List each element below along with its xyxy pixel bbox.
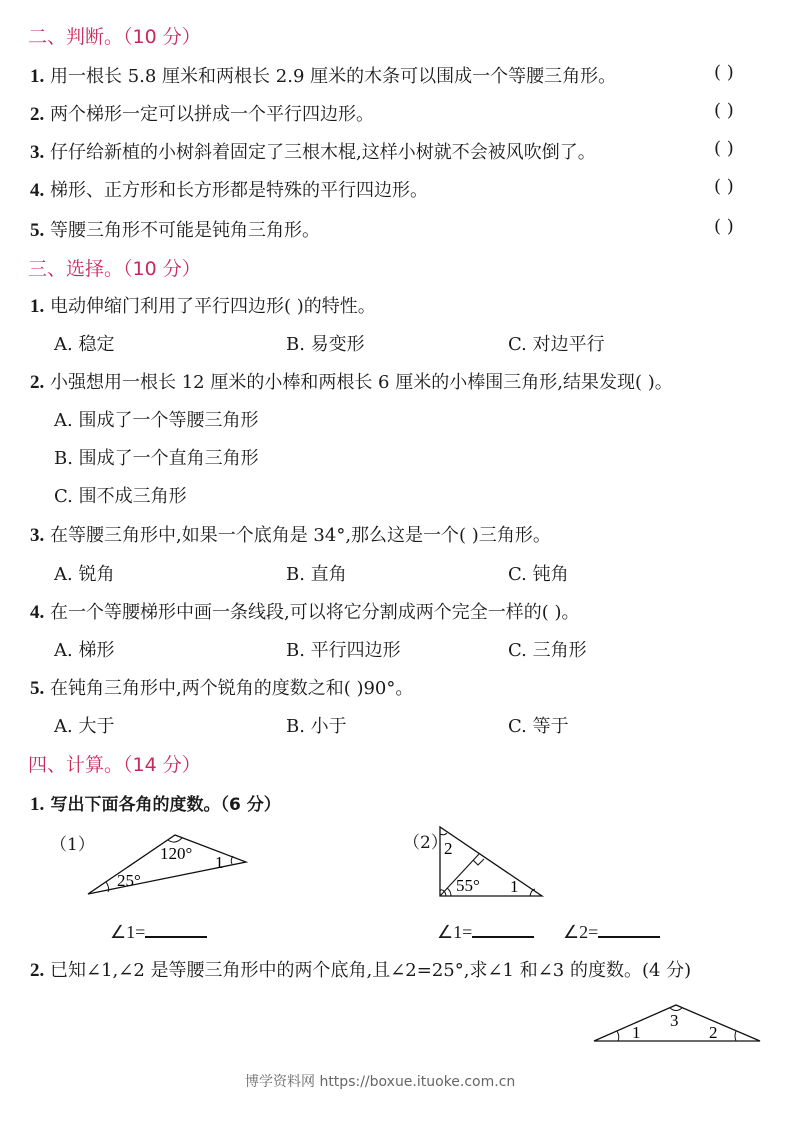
choice-1-option-b[interactable]: B. 易变形	[286, 330, 365, 356]
choice-1-option-c[interactable]: C. 对边平行	[508, 330, 605, 356]
choice-item-2: 2. 小强想用一根长 12 厘米的小棒和两根长 6 厘米的小棒围三角形,结果发现…	[30, 368, 673, 394]
figure-1-answer-blank[interactable]	[145, 918, 207, 938]
figure-3-triangle: 1 3 2	[590, 1000, 765, 1046]
figure-2-angle-bottom-left: 55°	[456, 876, 480, 895]
calc-item-1: 1. 写出下面各角的度数。（6 分）	[30, 790, 281, 816]
figure-2-answer-1-blank[interactable]	[472, 918, 534, 938]
choice-4-option-b[interactable]: B. 平行四边形	[286, 636, 401, 662]
figure-2-answer-1: ∠1=	[437, 918, 534, 943]
choice-5-option-b[interactable]: B. 小于	[286, 712, 347, 738]
choice-2-option-a[interactable]: A. 围成了一个等腰三角形	[54, 406, 258, 432]
figure-1-angle-right: 1	[215, 853, 224, 872]
choice-item-4: 4. 在一个等腰梯形中画一条线段,可以将它分割成两个完全一样的( )。	[30, 598, 579, 624]
choice-3-option-c[interactable]: C. 钝角	[508, 560, 569, 586]
figure-3-angle-left: 1	[632, 1023, 641, 1042]
choice-item-5: 5. 在钝角三角形中,两个锐角的度数之和( )90°。	[30, 674, 413, 700]
footer-watermark: 博学资料网 https://boxue.ituoke.com.cn	[245, 1071, 515, 1091]
judge-item-2: 2. 两个梯形一定可以拼成一个平行四边形。	[30, 100, 374, 126]
figure-1-triangle: 120° 25° 1	[80, 828, 260, 898]
choice-item-3: 3. 在等腰三角形中,如果一个底角是 34°,那么这是一个( )三角形。	[30, 521, 551, 547]
choice-5-option-c[interactable]: C. 等于	[508, 712, 569, 738]
section-title-choice: 三、选择。（10 分）	[28, 254, 201, 281]
figure-2-answer-2: ∠2=	[563, 918, 660, 943]
choice-5-option-a[interactable]: A. 大于	[54, 712, 114, 738]
figure-2-answer-2-blank[interactable]	[598, 918, 660, 938]
choice-4-option-c[interactable]: C. 三角形	[508, 636, 587, 662]
figure-1-angle-top: 120°	[160, 844, 192, 863]
section-title-judge: 二、判断。（10 分）	[28, 22, 201, 49]
judge-answer-3[interactable]: ( )	[714, 138, 734, 159]
choice-item-1: 1. 电动伸缩门利用了平行四边形( )的特性。	[30, 292, 376, 318]
choice-4-option-a[interactable]: A. 梯形	[54, 636, 114, 662]
choice-2-option-b[interactable]: B. 围成了一个直角三角形	[54, 444, 259, 470]
judge-item-4: 4. 梯形、正方形和长方形都是特殊的平行四边形。	[30, 176, 428, 202]
judge-item-5: 5. 等腰三角形不可能是钝角三角形。	[30, 216, 320, 242]
figure-2-angle-top: 2	[444, 839, 453, 858]
figure-3-angle-right: 2	[709, 1023, 718, 1042]
figure-3-angle-top: 3	[670, 1011, 679, 1030]
judge-item-1: 1. 用一根长 5.8 厘米和两根长 2.9 厘米的木条可以围成一个等腰三角形。	[30, 62, 616, 88]
judge-answer-2[interactable]: ( )	[714, 100, 734, 121]
figure-2-angle-right: 1	[510, 877, 519, 896]
figure-2-triangle: 2 55° 1	[436, 824, 548, 900]
calc-item-2: 2. 已知∠1,∠2 是等腰三角形中的两个底角,且∠2=25°,求∠1 和∠3 …	[30, 956, 691, 982]
judge-answer-5[interactable]: ( )	[714, 216, 734, 237]
figure-1-angle-left: 25°	[117, 871, 141, 890]
choice-2-option-c[interactable]: C. 围不成三角形	[54, 482, 187, 508]
section-title-calc: 四、计算。（14 分）	[28, 750, 201, 777]
judge-answer-4[interactable]: ( )	[714, 176, 734, 197]
choice-3-option-a[interactable]: A. 锐角	[54, 560, 114, 586]
figure-1-answer: ∠1=	[110, 918, 207, 943]
choice-3-option-b[interactable]: B. 直角	[286, 560, 347, 586]
choice-1-option-a[interactable]: A. 稳定	[54, 330, 114, 356]
judge-answer-1[interactable]: ( )	[714, 62, 734, 83]
judge-item-3: 3. 仔仔给新植的小树斜着固定了三根木棍,这样小树就不会被风吹倒了。	[30, 138, 596, 164]
